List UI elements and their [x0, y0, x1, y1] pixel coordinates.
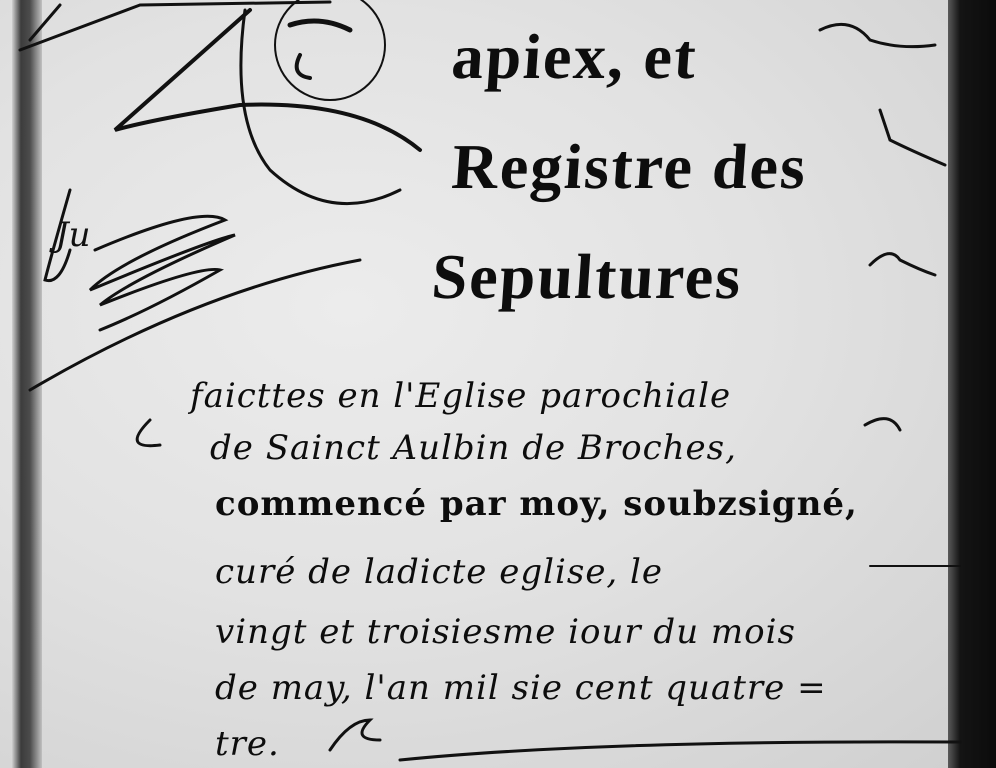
closing-flourish-icon	[330, 720, 960, 760]
register-page: Ju apiex, et Registre des Sepultures fai…	[0, 0, 996, 768]
body-line-1: faicttes en l'Eglise parochiale	[190, 376, 731, 416]
capital-flourish-icon	[115, 10, 420, 150]
left-margin-rule	[12, 0, 42, 768]
margin-annotation: Ju	[55, 215, 91, 255]
body-line-7: tre.	[215, 724, 280, 764]
diagonal-rule-icon	[30, 260, 360, 390]
body-line-6: de may, l'an mil sie cent quatre =	[215, 668, 827, 708]
crossed-stroke-icon	[20, 2, 330, 50]
line-end-mark-icon	[820, 24, 935, 46]
title-line-2: Registre des	[449, 130, 809, 204]
body-line-5: vingt et troisiesme iour du mois	[215, 612, 796, 652]
book-binding-edge	[948, 0, 996, 768]
title-line-1: apiex, et	[449, 20, 700, 94]
body-line-4: curé de ladicte eglise, le	[215, 552, 663, 592]
title-line-3: Sepultures	[429, 240, 745, 314]
body-line-2: de Sainct Aulbin de Broches,	[210, 428, 737, 468]
body-line-3: commencé par moy, soubzsigné,	[215, 484, 858, 524]
signature-scribble-icon	[90, 216, 235, 330]
